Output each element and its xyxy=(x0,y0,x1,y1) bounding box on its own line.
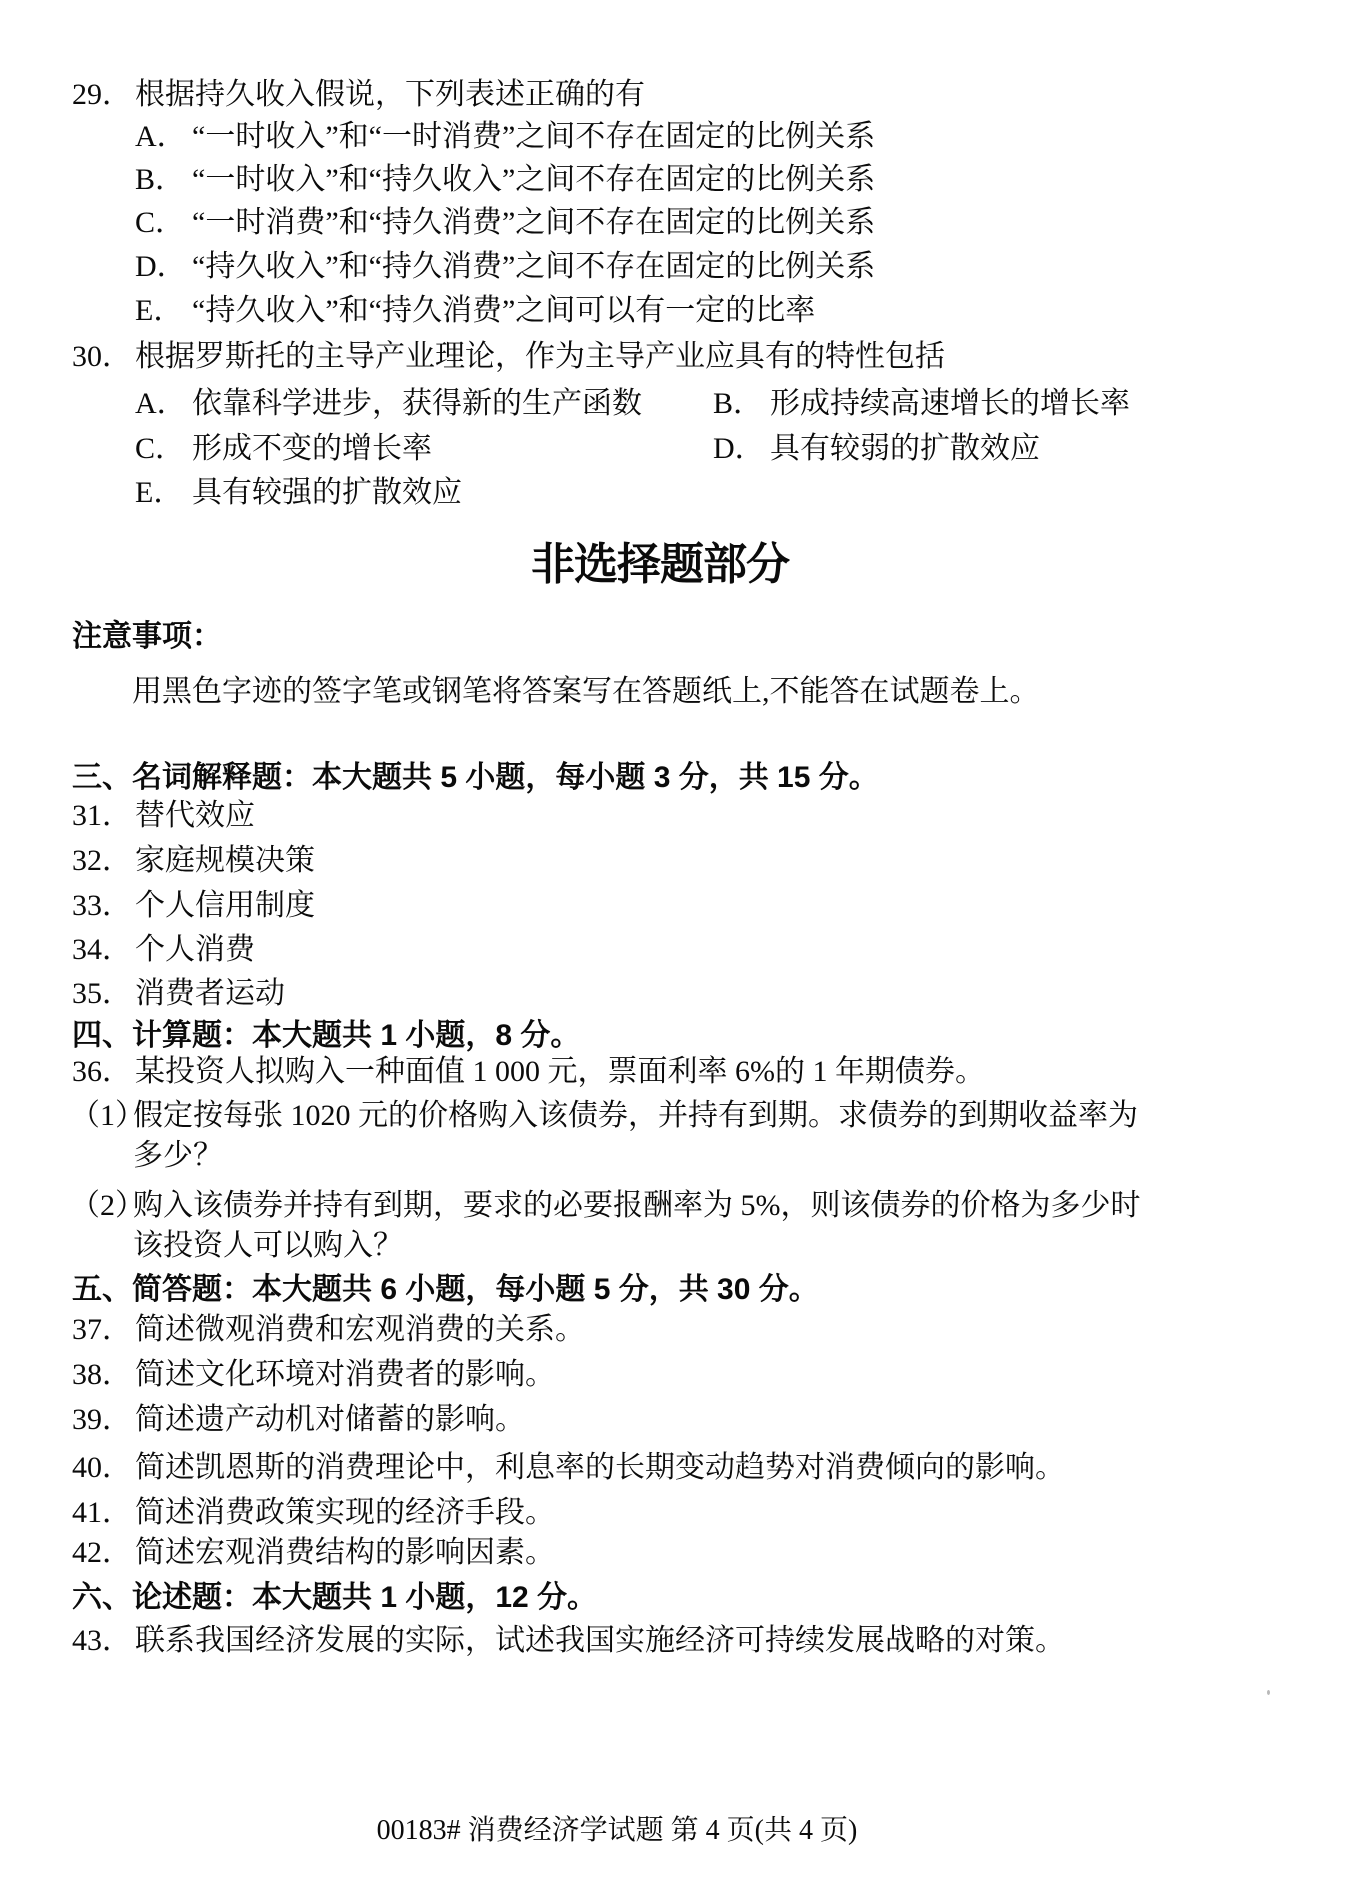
question-29: 29．根据持久收入假说，下列表述正确的有 xyxy=(72,73,645,117)
option-text: “一时消费”和“持久消费”之间不存在固定的比例关系 xyxy=(192,206,875,239)
option-label: E． xyxy=(135,289,192,333)
question-number: 36． xyxy=(72,1050,135,1094)
question-number: 38． xyxy=(72,1353,135,1397)
question-43: 43．联系我国经济发展的实际，试述我国实施经济可持续发展战略的对策。 xyxy=(72,1619,1065,1663)
question-number: 34． xyxy=(72,928,135,972)
option-text: 形成不变的增长率 xyxy=(192,432,432,465)
option-text: “持久收入”和“持久消费”之间可以有一定的比率 xyxy=(192,294,815,327)
question-36-part-2-continued: 该投资人可以购入？ xyxy=(133,1224,403,1268)
part-text: 假定按每张 1020 元的价格购入该债券，并持有到期。求债券的到期收益率为 xyxy=(133,1099,1138,1132)
option-label: B． xyxy=(713,382,770,426)
part-label: （1） xyxy=(70,1094,133,1138)
question-33: 33．个人信用制度 xyxy=(72,884,315,928)
page-footer: 00183# 消费经济学试题 第 4 页(共 4 页) xyxy=(0,1811,1234,1851)
question-number: 41． xyxy=(72,1491,135,1535)
section-heading-non-multiple-choice: 非选择题部分 xyxy=(0,540,1320,590)
question-30-number: 30． xyxy=(72,335,135,379)
question-text: 替代效应 xyxy=(135,799,255,832)
question-text: 简述消费政策实现的经济手段。 xyxy=(135,1496,555,1529)
question-text: 简述宏观消费结构的影响因素。 xyxy=(135,1536,555,1569)
notice-body: 用黑色字迹的签字笔或钢笔将答案写在答题纸上,不能答在试题卷上。 xyxy=(132,670,1040,714)
question-text: 家庭规模决策 xyxy=(135,844,315,877)
part-text: 购入该债券并持有到期，要求的必要报酬率为 5%，则该债券的价格为多少时 xyxy=(133,1189,1141,1222)
question-29-stem: 根据持久收入假说，下列表述正确的有 xyxy=(135,78,645,111)
option-text: “一时收入”和“一时消费”之间不存在固定的比例关系 xyxy=(192,120,875,153)
question-29-option-a: A．“一时收入”和“一时消费”之间不存在固定的比例关系 xyxy=(135,115,875,159)
option-label: D． xyxy=(135,245,192,289)
option-text: 依靠科学进步，获得新的生产函数 xyxy=(192,387,642,420)
section-5-header: 五、简答题：本大题共 6 小题，每小题 5 分，共 30 分。 xyxy=(72,1268,819,1312)
question-text: 联系我国经济发展的实际，试述我国实施经济可持续发展战略的对策。 xyxy=(135,1624,1065,1657)
question-30-option-c: C．形成不变的增长率 xyxy=(135,427,432,471)
question-36-stem: 某投资人拟购入一种面值 1 000 元，票面利率 6%的 1 年期债券。 xyxy=(135,1055,985,1088)
option-label: D． xyxy=(713,427,770,471)
question-29-number: 29． xyxy=(72,73,135,117)
question-text: 个人信用制度 xyxy=(135,889,315,922)
question-35: 35．消费者运动 xyxy=(72,972,285,1016)
question-30-stem: 根据罗斯托的主导产业理论，作为主导产业应具有的特性包括 xyxy=(135,340,945,373)
question-text: 简述凯恩斯的消费理论中，利息率的长期变动趋势对消费倾向的影响。 xyxy=(135,1451,1065,1484)
question-29-option-c: C．“一时消费”和“持久消费”之间不存在固定的比例关系 xyxy=(135,201,875,245)
question-text: 个人消费 xyxy=(135,933,255,966)
question-36-part-1-continued: 多少？ xyxy=(133,1134,223,1178)
question-36: 36．某投资人拟购入一种面值 1 000 元，票面利率 6%的 1 年期债券。 xyxy=(72,1050,985,1094)
question-29-option-b: B．“一时收入”和“持久收入”之间不存在固定的比例关系 xyxy=(135,158,875,202)
question-number: 35． xyxy=(72,972,135,1016)
question-42: 42．简述宏观消费结构的影响因素。 xyxy=(72,1531,555,1575)
question-30: 30．根据罗斯托的主导产业理论，作为主导产业应具有的特性包括 xyxy=(72,335,945,379)
question-36-part-1: （1）假定按每张 1020 元的价格购入该债券，并持有到期。求债券的到期收益率为 xyxy=(70,1094,1138,1138)
option-label: C． xyxy=(135,201,192,245)
question-text: 简述遗产动机对储蓄的影响。 xyxy=(135,1403,525,1436)
scan-artifact-dot xyxy=(1267,1690,1270,1695)
question-30-option-b: B．形成持续高速增长的增长率 xyxy=(713,382,1130,426)
option-label: C． xyxy=(135,427,192,471)
question-text: 简述微观消费和宏观消费的关系。 xyxy=(135,1313,585,1346)
question-number: 33． xyxy=(72,884,135,928)
part-label: （2） xyxy=(70,1184,133,1228)
option-label: A． xyxy=(135,115,192,159)
option-text: 形成持续高速增长的增长率 xyxy=(770,387,1130,420)
option-text: 具有较强的扩散效应 xyxy=(192,476,462,509)
question-number: 42． xyxy=(72,1531,135,1575)
question-number: 37． xyxy=(72,1308,135,1352)
option-text: 具有较弱的扩散效应 xyxy=(770,432,1040,465)
option-label: B． xyxy=(135,158,192,202)
notice-title: 注意事项： xyxy=(72,615,222,659)
question-39: 39．简述遗产动机对储蓄的影响。 xyxy=(72,1398,525,1442)
question-number: 31． xyxy=(72,794,135,838)
question-41: 41．简述消费政策实现的经济手段。 xyxy=(72,1491,555,1535)
question-31: 31．替代效应 xyxy=(72,794,255,838)
question-number: 40． xyxy=(72,1446,135,1490)
question-29-option-d: D．“持久收入”和“持久消费”之间不存在固定的比例关系 xyxy=(135,245,875,289)
question-number: 43． xyxy=(72,1619,135,1663)
question-30-option-e: E．具有较强的扩散效应 xyxy=(135,471,462,515)
question-30-option-a: A．依靠科学进步，获得新的生产函数 xyxy=(135,382,642,426)
question-34: 34．个人消费 xyxy=(72,928,255,972)
question-text: 简述文化环境对消费者的影响。 xyxy=(135,1358,555,1391)
exam-page: 29．根据持久收入假说，下列表述正确的有 A．“一时收入”和“一时消费”之间不存… xyxy=(0,0,1364,1904)
question-36-part-2: （2）购入该债券并持有到期，要求的必要报酬率为 5%，则该债券的价格为多少时 xyxy=(70,1184,1141,1228)
question-32: 32．家庭规模决策 xyxy=(72,839,315,883)
option-text: “持久收入”和“持久消费”之间不存在固定的比例关系 xyxy=(192,250,875,283)
question-number: 39． xyxy=(72,1398,135,1442)
question-38: 38．简述文化环境对消费者的影响。 xyxy=(72,1353,555,1397)
question-29-option-e: E．“持久收入”和“持久消费”之间可以有一定的比率 xyxy=(135,289,815,333)
option-text: “一时收入”和“持久收入”之间不存在固定的比例关系 xyxy=(192,163,875,196)
option-label: A． xyxy=(135,382,192,426)
question-text: 消费者运动 xyxy=(135,977,285,1010)
section-6-header: 六、论述题：本大题共 1 小题，12 分。 xyxy=(72,1576,597,1620)
question-40: 40．简述凯恩斯的消费理论中，利息率的长期变动趋势对消费倾向的影响。 xyxy=(72,1446,1065,1490)
question-37: 37．简述微观消费和宏观消费的关系。 xyxy=(72,1308,585,1352)
option-label: E． xyxy=(135,471,192,515)
question-30-option-d: D．具有较弱的扩散效应 xyxy=(713,427,1040,471)
question-number: 32． xyxy=(72,839,135,883)
